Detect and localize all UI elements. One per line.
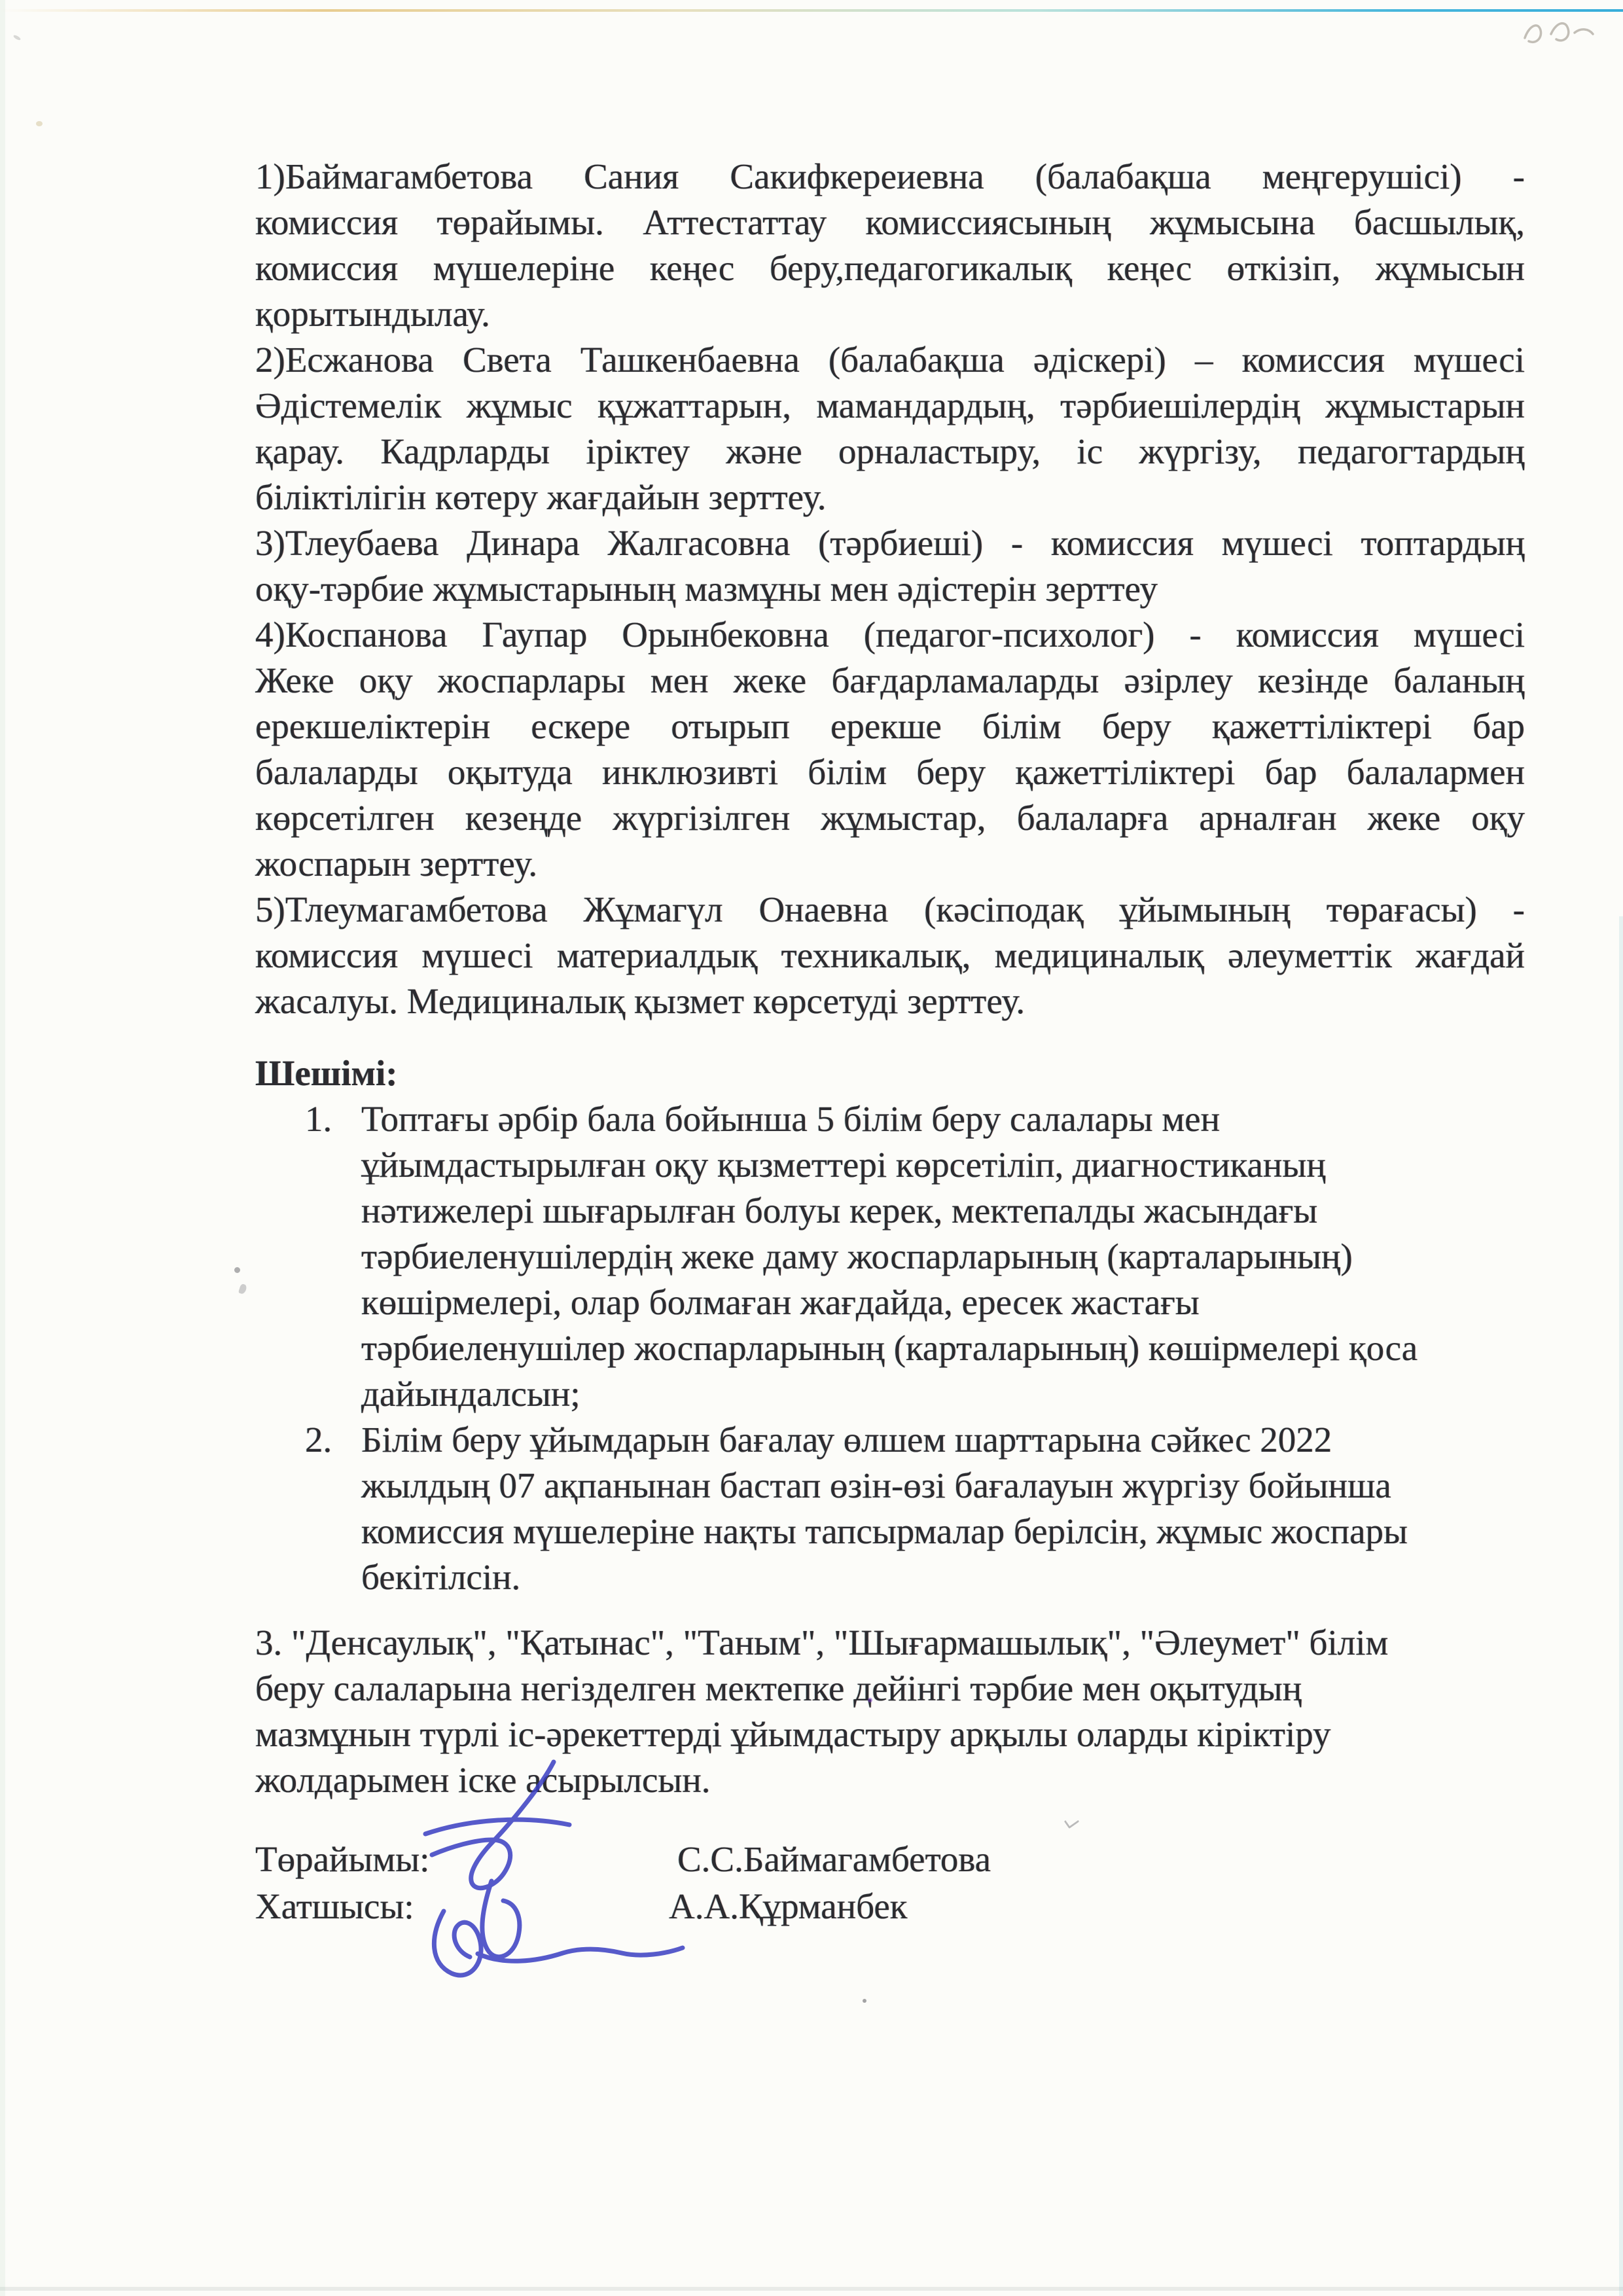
text-line: комиссия мүшесі материалдық техникалық, … [255,933,1525,978]
member-paragraph-1: 1)Баймагамбетова Сания Сакифкереиевна (б… [255,154,1525,337]
chair-name: С.С.Баймагамбетова [677,1837,991,1882]
text-line: Жеке оқу жоспарлары мен жеке бағдарламал… [255,658,1525,704]
decision-item-2: 2. Білім беру ұйымдарын бағалау өлшем ша… [255,1417,1525,1600]
text-line: біліктілігін көтеру жағдайын зерттеу. [255,475,1525,520]
scan-speck [36,121,43,126]
text-line: Әдістемелік жұмыс құжаттарын, мамандарды… [255,383,1525,429]
decision-item-1-marker: 1. [305,1096,332,1142]
scan-speck [13,34,22,41]
secretary-label: Хатшысы: [255,1884,414,1929]
text-line: жасалуы. Медициналық қызмет көрсетуді зе… [255,978,1525,1024]
member-paragraph-3: 3)Тлеубаева Динара Жалгасовна (тәрбиеші)… [255,520,1525,612]
text-line: көшірмелері, олар болмаған жағдайда, ере… [361,1280,1525,1325]
text-line: мазмұнын түрлі іс-әрекеттерді ұйымдастыр… [255,1712,1525,1757]
text-line: оқу-тәрбие жұмыстарының мазмұны мен әдіс… [255,566,1525,612]
member-paragraph-5: 5)Тлеумагамбетова Жұмагүл Онаевна (кәсіп… [255,887,1525,1024]
pencil-mark [1518,13,1610,59]
text-line: беру салаларына негізделген мектепке дей… [255,1666,1525,1712]
scan-artifact-bottom-edge [0,2287,1623,2291]
decision-item-2-text: Білім беру ұйымдарын бағалау өлшем шартт… [361,1417,1525,1600]
text-line: көрсетілген кезеңде жүргізілген жұмыстар… [255,795,1525,841]
decision-item-1-text: Топтағы әрбір бала бойынша 5 білім беру … [361,1096,1525,1417]
text-line: қарау. Кадрларды іріктеу және орналастыр… [255,429,1525,475]
scan-artifact-right-edge [1619,916,1623,2296]
scan-speck [238,1283,247,1295]
text-line: комиссия төрайымы. Аттестаттау комиссияс… [255,200,1525,245]
text-line: комиссия мүшелеріне нақты тапсырмалар бе… [361,1509,1525,1554]
scan-speck [234,1267,240,1273]
text-line: Топтағы әрбір бала бойынша 5 білім беру … [361,1096,1525,1142]
text-line: 3)Тлеубаева Динара Жалгасовна (тәрбиеші)… [255,520,1525,566]
text-line: жоспарын зерттеу. [255,841,1525,887]
scan-speck [863,1999,866,2003]
member-paragraph-4: 4)Коспанова Гаупар Орынбековна (педагог-… [255,612,1525,887]
signature-ink [404,1755,712,1998]
text-line: Білім беру ұйымдарын бағалау өлшем шартт… [361,1417,1525,1463]
scanned-document-page: 1)Баймагамбетова Сания Сакифкереиевна (б… [0,0,1623,2296]
text-line: 5)Тлеумагамбетова Жұмагүл Онаевна (кәсіп… [255,887,1525,933]
text-line: жылдың 07 ақпанынан бастап өзін-өзі баға… [361,1463,1525,1509]
scan-speck [1064,1814,1080,1829]
text-line: 2)Есжанова Света Ташкенбаевна (балабақша… [255,337,1525,383]
scan-artifact-left-edge [0,0,5,2296]
text-line: ұйымдастырылған оқу қызметтері көрсетілі… [361,1142,1525,1188]
scan-artifact-top-edge [0,9,1623,12]
text-line: бекітілсін. [361,1554,1525,1600]
text-line: комиссия мүшелеріне кеңес беру,педагогик… [255,245,1525,291]
decision-item-2-marker: 2. [305,1417,332,1463]
text-line: тәрбиеленушілердің жеке даму жоспарларын… [361,1234,1525,1280]
text-line: нәтижелері шығарылған болуы керек, мекте… [361,1188,1525,1234]
decision-heading: Шешімі: [255,1050,1525,1096]
text-line: ерекшеліктерін ескере отырып ерекше білі… [255,704,1525,749]
text-line: балаларды оқытуда инклюзивті білім беру … [255,749,1525,795]
text-line: 4)Коспанова Гаупар Орынбековна (педагог-… [255,612,1525,658]
chair-label: Төрайымы: [255,1837,429,1882]
text-line: тәрбиеленушілер жоспарларының (карталары… [361,1325,1525,1371]
text-line: дайындалсын; [361,1371,1525,1417]
document-body: 1)Баймагамбетова Сания Сакифкереиевна (б… [255,154,1525,1803]
text-line: 3. "Денсаулық", "Қатынас", "Таным", "Шығ… [255,1620,1525,1666]
text-line: қорытындылау. [255,291,1525,337]
member-paragraph-2: 2)Есжанова Света Ташкенбаевна (балабақша… [255,337,1525,520]
text-line: 1)Баймагамбетова Сания Сакифкереиевна (б… [255,154,1525,200]
decision-list: 1. Топтағы әрбір бала бойынша 5 білім бе… [255,1096,1525,1600]
decision-item-1: 1. Топтағы әрбір бала бойынша 5 білім бе… [255,1096,1525,1417]
scan-speck [868,1698,872,1702]
